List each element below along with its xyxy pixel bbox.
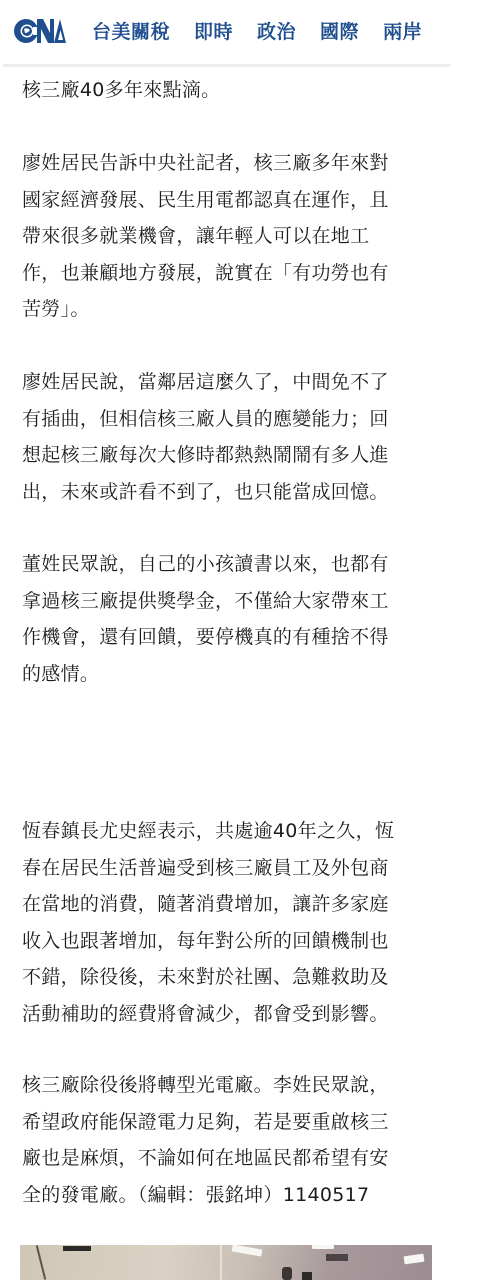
- ceiling-light: [404, 1254, 425, 1265]
- text-line: 活動補助的經費將會減少，都會受到影響。: [22, 996, 462, 1033]
- cna-logo-icon[interactable]: [14, 18, 66, 44]
- text-line: 作機會，還有回饋，要停機真的有種捨不得: [22, 619, 452, 656]
- paragraph: 廖姓居民說，當鄰居這麼久了，中間免不了 有插曲，但相信核三廠人員的應變能力；回 …: [22, 364, 452, 510]
- paragraph: 廖姓居民告訴中央社記者，核三廠多年來對 國家經濟發展、民生用電都認真在運作，且 …: [22, 145, 452, 328]
- text-line: 核三廠除役後將轉型光電廠。李姓民眾說，: [22, 1067, 462, 1104]
- text-line: 有插曲，但相信核三廠人員的應變能力；回: [22, 401, 452, 438]
- ceiling-light: [312, 1245, 334, 1249]
- photo-detail: [36, 1245, 46, 1279]
- text-line: 想起核三廠每次大修時都熱熱鬧鬧有多人進: [22, 437, 452, 474]
- text-line: 苦勞」。: [22, 291, 452, 328]
- paragraph: 核三廠除役後將轉型光電廠。李姓民眾說， 希望政府能保證電力足夠，若是要重啟核三 …: [22, 1067, 462, 1213]
- text-line: 國家經濟發展、民生用電都認真在運作，且: [22, 182, 452, 219]
- main-nav: 台美關稅 即時 政治 國際 兩岸: [92, 19, 446, 45]
- text-line: 希望政府能保證電力足夠，若是要重啟核三: [22, 1104, 462, 1141]
- text-line: 廠也是麻煩，不論如何在地區民都希望有安: [22, 1140, 462, 1177]
- photo-detail: [63, 1246, 91, 1251]
- text-line: 不錯，除役後，未來對於社團、急難救助及: [22, 959, 462, 996]
- text-line: 董姓民眾說，自己的小孩讀書以來，也都有: [22, 546, 452, 583]
- nav-item-tariffs[interactable]: 台美關稅: [92, 19, 170, 45]
- text-line: 廖姓居民告訴中央社記者，核三廠多年來對: [22, 145, 452, 182]
- site-header: 台美關稅 即時 政治 國際 兩岸: [0, 0, 478, 66]
- article-photo[interactable]: [20, 1245, 432, 1280]
- text-line: 拿過核三廠提供獎學金，不僅給大家帶來工: [22, 583, 452, 620]
- text-line: 出，未來或許看不到了，也只能當成回憶。: [22, 474, 452, 511]
- photo-detail: [326, 1254, 348, 1261]
- text-line: 核三廠40多年來點滴。: [22, 72, 432, 109]
- nav-item-breaking[interactable]: 即時: [194, 19, 233, 45]
- photo-detail: [302, 1272, 312, 1280]
- text-line: 廖姓居民說，當鄰居這麼久了，中間免不了: [22, 364, 452, 401]
- text-line: 在當地的消費，隨著消費增加，讓許多家庭: [22, 886, 462, 923]
- paragraph: 恆春鎮長尤史經表示，共處逾40年之久，恆 春在居民生活普遍受到核三廠員工及外包商…: [22, 813, 462, 1032]
- text-line: 春在居民生活普遍受到核三廠員工及外包商: [22, 850, 462, 887]
- paragraph: 董姓民眾說，自己的小孩讀書以來，也都有 拿過核三廠提供獎學金，不僅給大家帶來工 …: [22, 546, 452, 692]
- text-line: 全的發電廠。（編輯：張銘坤）1140517: [22, 1177, 462, 1214]
- photo-detail: [282, 1267, 292, 1280]
- text-line: 的感情。: [22, 656, 452, 693]
- text-line: 帶來很多就業機會，讓年輕人可以在地工: [22, 218, 452, 255]
- paragraph: 核三廠40多年來點滴。: [22, 72, 432, 109]
- photo-detail: [220, 1245, 222, 1280]
- nav-item-international[interactable]: 國際: [320, 19, 359, 45]
- text-line: 收入也跟著增加，每年對公所的回饋機制也: [22, 923, 462, 960]
- nav-item-cross-strait[interactable]: 兩岸: [383, 19, 422, 45]
- text-line: 恆春鎮長尤史經表示，共處逾40年之久，恆: [22, 813, 462, 850]
- nav-item-politics[interactable]: 政治: [257, 19, 296, 45]
- text-line: 作，也兼顧地方發展，說實在「有功勞也有: [22, 255, 452, 292]
- ceiling-light: [232, 1245, 263, 1257]
- header-divider: [3, 64, 450, 67]
